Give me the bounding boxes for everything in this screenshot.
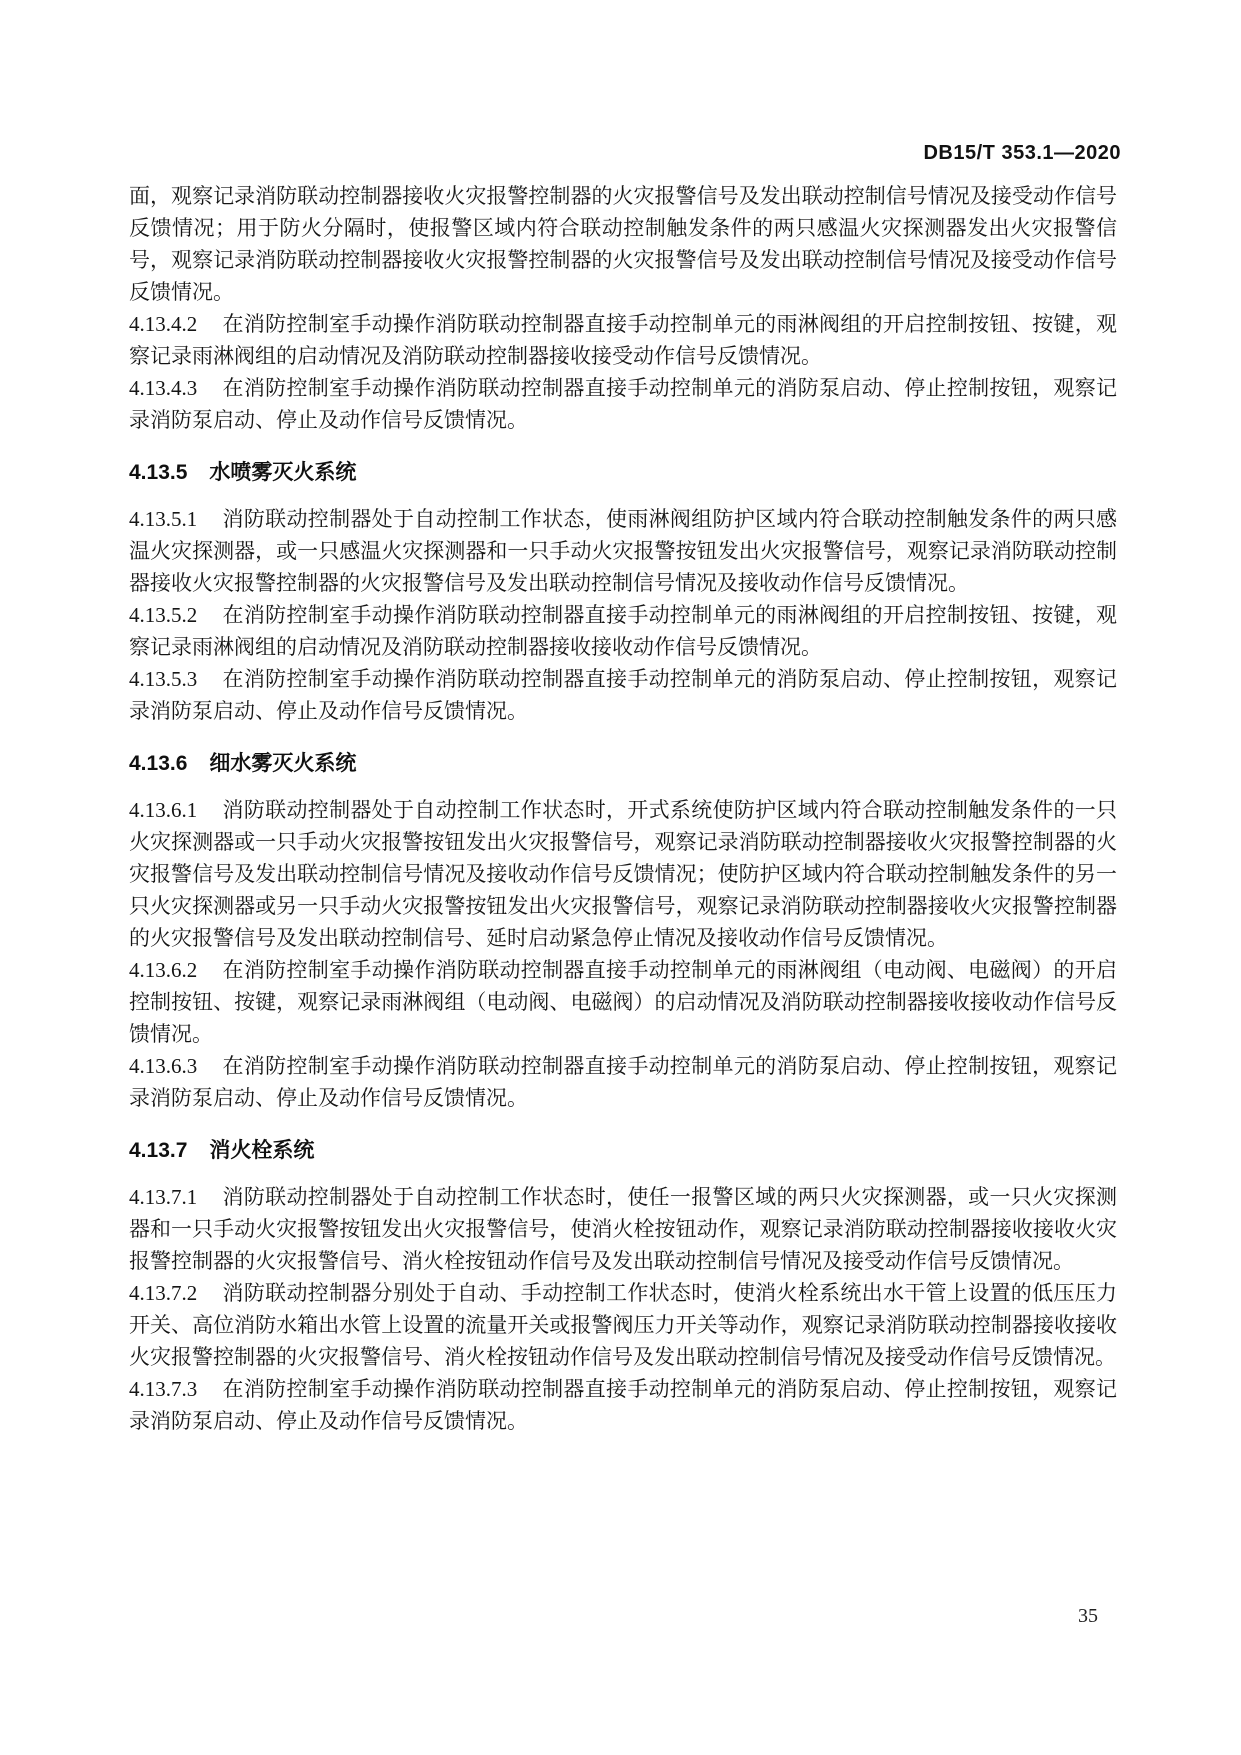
heading-title: 水喷雾灭火系统 [209, 461, 356, 484]
clause-text: 消防联动控制器处于自动控制工作状态时，使任一报警区域的两只火灾探测器，或一只火灾… [129, 1185, 1117, 1273]
heading-number: 4.13.6 [129, 752, 187, 775]
clause-text: 消防联动控制器处于自动控制工作状态时，开式系统使防护区域内符合联动控制触发条件的… [129, 798, 1117, 950]
clause-4-13-7-1: 4.13.7.1消防联动控制器处于自动控制工作状态时，使任一报警区域的两只火灾探… [129, 1181, 1117, 1277]
heading-number: 4.13.7 [129, 1139, 187, 1162]
document-body: 面，观察记录消防联动控制器接收火灾报警控制器的火灾报警信号及发出联动控制信号情况… [129, 180, 1117, 1437]
clause-number: 4.13.4.2 [129, 312, 197, 336]
clause-4-13-6-2: 4.13.6.2在消防控制室手动操作消防联动控制器直接手动控制单元的雨淋阀组（电… [129, 954, 1117, 1050]
clause-4-13-4-2: 4.13.4.2在消防控制室手动操作消防联动控制器直接手动控制单元的雨淋阀组的开… [129, 308, 1117, 372]
clause-4-13-5-3: 4.13.5.3在消防控制室手动操作消防联动控制器直接手动控制单元的消防泵启动、… [129, 663, 1117, 727]
clause-text: 消防联动控制器分别处于自动、手动控制工作状态时，使消火栓系统出水干管上设置的低压… [129, 1281, 1117, 1369]
clause-4-13-6-1: 4.13.6.1消防联动控制器处于自动控制工作状态时，开式系统使防护区域内符合联… [129, 794, 1117, 954]
clause-text: 在消防控制室手动操作消防联动控制器直接手动控制单元的雨淋阀组的开启控制按钮、按键… [129, 312, 1117, 368]
clause-number: 4.13.5.3 [129, 667, 197, 691]
clause-4-13-6-3: 4.13.6.3在消防控制室手动操作消防联动控制器直接手动控制单元的消防泵启动、… [129, 1050, 1117, 1114]
document-page: DB15/T 353.1—2020 面，观察记录消防联动控制器接收火灾报警控制器… [0, 0, 1241, 1755]
document-number: DB15/T 353.1—2020 [923, 142, 1121, 164]
clause-text: 在消防控制室手动操作消防联动控制器直接手动控制单元的雨淋阀组（电动阀、电磁阀）的… [129, 958, 1117, 1046]
page-header: DB15/T 353.1—2020 [129, 142, 1121, 165]
clause-text: 在消防控制室手动操作消防联动控制器直接手动控制单元的消防泵启动、停止控制按钮，观… [129, 1377, 1117, 1433]
clause-text: 在消防控制室手动操作消防联动控制器直接手动控制单元的雨淋阀组的开启控制按钮、按键… [129, 603, 1117, 659]
clause-4-13-5-1: 4.13.5.1消防联动控制器处于自动控制工作状态，使雨淋阀组防护区域内符合联动… [129, 503, 1117, 599]
clause-number: 4.13.5.1 [129, 507, 197, 531]
clause-number: 4.13.4.3 [129, 376, 197, 400]
page-number: 35 [1078, 1605, 1098, 1628]
heading-4-13-5: 4.13.5水喷雾灭火系统 [129, 457, 1117, 489]
clause-number: 4.13.6.1 [129, 798, 197, 822]
heading-title: 细水雾灭火系统 [209, 752, 356, 775]
clause-number: 4.13.6.2 [129, 958, 197, 982]
heading-title: 消火栓系统 [209, 1139, 314, 1162]
clause-number: 4.13.7.2 [129, 1281, 197, 1305]
clause-4-13-7-2: 4.13.7.2消防联动控制器分别处于自动、手动控制工作状态时，使消火栓系统出水… [129, 1277, 1117, 1373]
clause-number: 4.13.5.2 [129, 603, 197, 627]
clause-number: 4.13.7.1 [129, 1185, 197, 1209]
heading-4-13-6: 4.13.6细水雾灭火系统 [129, 748, 1117, 780]
clause-number: 4.13.7.3 [129, 1377, 197, 1401]
paragraph-continuation: 面，观察记录消防联动控制器接收火灾报警控制器的火灾报警信号及发出联动控制信号情况… [129, 180, 1117, 308]
clause-4-13-5-2: 4.13.5.2在消防控制室手动操作消防联动控制器直接手动控制单元的雨淋阀组的开… [129, 599, 1117, 663]
clause-text: 消防联动控制器处于自动控制工作状态，使雨淋阀组防护区域内符合联动控制触发条件的两… [129, 507, 1117, 595]
clause-4-13-4-3: 4.13.4.3在消防控制室手动操作消防联动控制器直接手动控制单元的消防泵启动、… [129, 372, 1117, 436]
heading-number: 4.13.5 [129, 461, 187, 484]
clause-text: 在消防控制室手动操作消防联动控制器直接手动控制单元的消防泵启动、停止控制按钮，观… [129, 1054, 1117, 1110]
clause-4-13-7-3: 4.13.7.3在消防控制室手动操作消防联动控制器直接手动控制单元的消防泵启动、… [129, 1373, 1117, 1437]
clause-text: 在消防控制室手动操作消防联动控制器直接手动控制单元的消防泵启动、停止控制按钮，观… [129, 667, 1117, 723]
heading-4-13-7: 4.13.7消火栓系统 [129, 1135, 1117, 1167]
clause-number: 4.13.6.3 [129, 1054, 197, 1078]
clause-text: 在消防控制室手动操作消防联动控制器直接手动控制单元的消防泵启动、停止控制按钮，观… [129, 376, 1117, 432]
